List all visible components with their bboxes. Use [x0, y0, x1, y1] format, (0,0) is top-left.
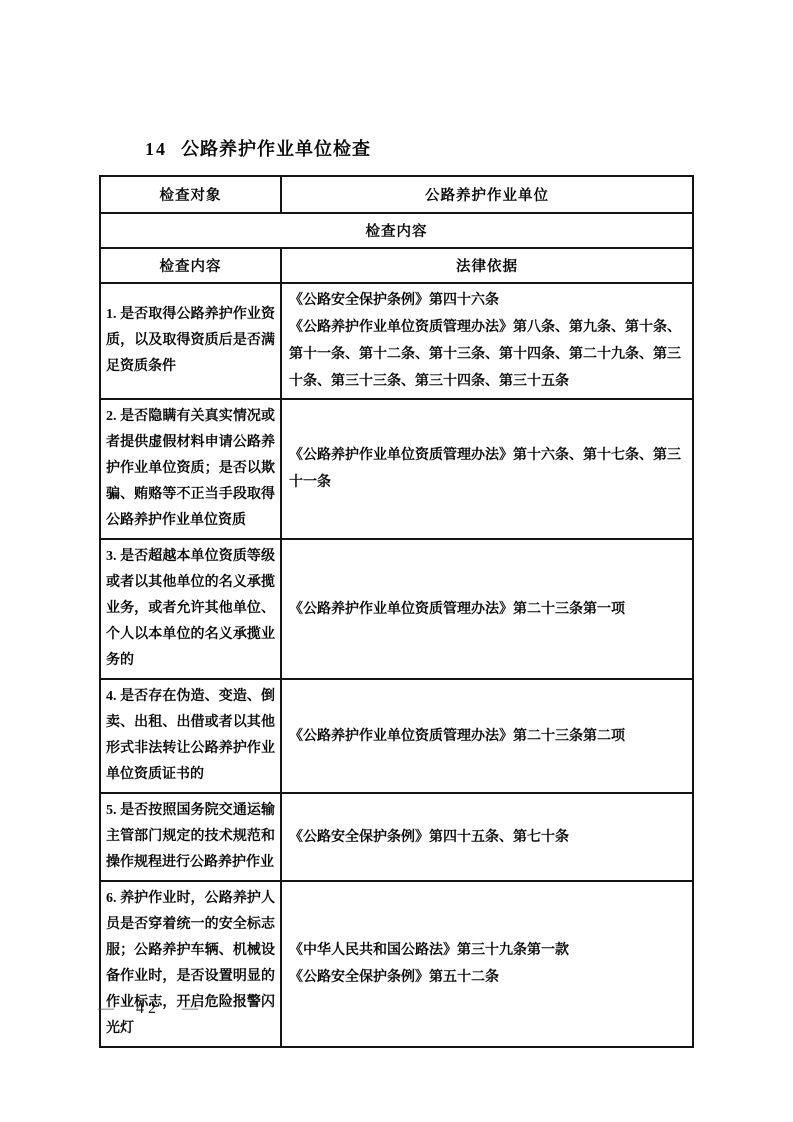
legal-line: 《中华人民共和国公路法》第三十九条第一款 — [289, 937, 684, 964]
subheader-legal-basis: 法律依据 — [281, 248, 693, 283]
legal-basis-cell: 《公路养护作业单位资质管理办法》第二十三条第一项 — [281, 539, 693, 679]
section-title: 14公路养护作业单位检查 — [145, 135, 371, 161]
table-row-3: 3. 是否超越本单位资质等级或者以其他单位的名义承揽业务，或者允许其他单位、个人… — [100, 539, 693, 679]
check-content-cell: 5. 是否按照国务院交通运输主管部门规定的技术规范和操作规程进行公路养护作业 — [100, 793, 281, 881]
legal-line: 《公路养护作业单位资质管理办法》第十六条、第十七条、第三十一条 — [289, 442, 684, 496]
legal-line: 《公路养护作业单位资质管理办法》第二十三条第二项 — [289, 723, 684, 750]
page-footer: —42— — [98, 1000, 198, 1018]
check-content-cell: 2. 是否隐瞒有关真实情况或者提供虚假材料申请公路养护作业单位资质；是否以欺骗、… — [100, 399, 281, 539]
footer-left-dash: — — [98, 1000, 114, 1017]
legal-line: 《公路养护作业单位资质管理办法》第二十三条第一项 — [289, 596, 684, 623]
table-row-6: 6. 养护作业时，公路养护人员是否穿着统一的安全标志服；公路养护车辆、机械设备作… — [100, 881, 693, 1047]
table-row-5: 5. 是否按照国务院交通运输主管部门规定的技术规范和操作规程进行公路养护作业 《… — [100, 793, 693, 881]
section-number: 14 — [145, 139, 167, 159]
legal-line: 《公路安全保护条例》第四十六条 — [289, 287, 684, 314]
legal-line: 《公路安全保护条例》第四十五条、第七十条 — [289, 824, 684, 851]
table-row-2: 2. 是否隐瞒有关真实情况或者提供虚假材料申请公路养护作业单位资质；是否以欺骗、… — [100, 399, 693, 539]
check-object-label: 检查对象 — [100, 176, 281, 213]
page-number: 42 — [136, 1000, 160, 1017]
check-object-value: 公路养护作业单位 — [281, 176, 693, 213]
document-page: 14公路养护作业单位检查 检查对象 公路养护作业单位 检查内容 检查内容 法律依… — [0, 0, 793, 1122]
check-content-cell: 6. 养护作业时，公路养护人员是否穿着统一的安全标志服；公路养护车辆、机械设备作… — [100, 881, 281, 1047]
check-content-cell: 4. 是否存在伪造、变造、倒卖、出租、出借或者以其他形式非法转让公路养护作业单位… — [100, 679, 281, 793]
table-row-4: 4. 是否存在伪造、变造、倒卖、出租、出借或者以其他形式非法转让公路养护作业单位… — [100, 679, 693, 793]
legal-basis-cell: 《公路养护作业单位资质管理办法》第二十三条第二项 — [281, 679, 693, 793]
section-title-text: 公路养护作业单位检查 — [181, 139, 371, 159]
table-section-row: 检查内容 — [100, 213, 693, 248]
check-content-cell: 3. 是否超越本单位资质等级或者以其他单位的名义承揽业务，或者允许其他单位、个人… — [100, 539, 281, 679]
table-subheader-row: 检查内容 法律依据 — [100, 248, 693, 283]
table-row-1: 1. 是否取得公路养护作业资质，以及取得资质后是否满足资质条件 《公路安全保护条… — [100, 283, 693, 399]
check-content-section-label: 检查内容 — [100, 213, 693, 248]
legal-basis-cell: 《公路养护作业单位资质管理办法》第十六条、第十七条、第三十一条 — [281, 399, 693, 539]
inspection-table: 检查对象 公路养护作业单位 检查内容 检查内容 法律依据 1. 是否取得公路养护… — [99, 175, 694, 1048]
legal-line: 《公路养护作业单位资质管理办法》第八条、第九条、第十条、第十一条、第十二条、第十… — [289, 314, 684, 395]
legal-basis-cell: 《公路安全保护条例》第四十五条、第七十条 — [281, 793, 693, 881]
legal-basis-cell: 《公路安全保护条例》第四十六条 《公路养护作业单位资质管理办法》第八条、第九条、… — [281, 283, 693, 399]
subheader-check-content: 检查内容 — [100, 248, 281, 283]
legal-line: 《公路安全保护条例》第五十二条 — [289, 964, 684, 991]
check-content-cell: 1. 是否取得公路养护作业资质，以及取得资质后是否满足资质条件 — [100, 283, 281, 399]
legal-basis-cell: 《中华人民共和国公路法》第三十九条第一款 《公路安全保护条例》第五十二条 — [281, 881, 693, 1047]
footer-right-dash: — — [182, 1000, 198, 1017]
table-header-row: 检查对象 公路养护作业单位 — [100, 176, 693, 213]
